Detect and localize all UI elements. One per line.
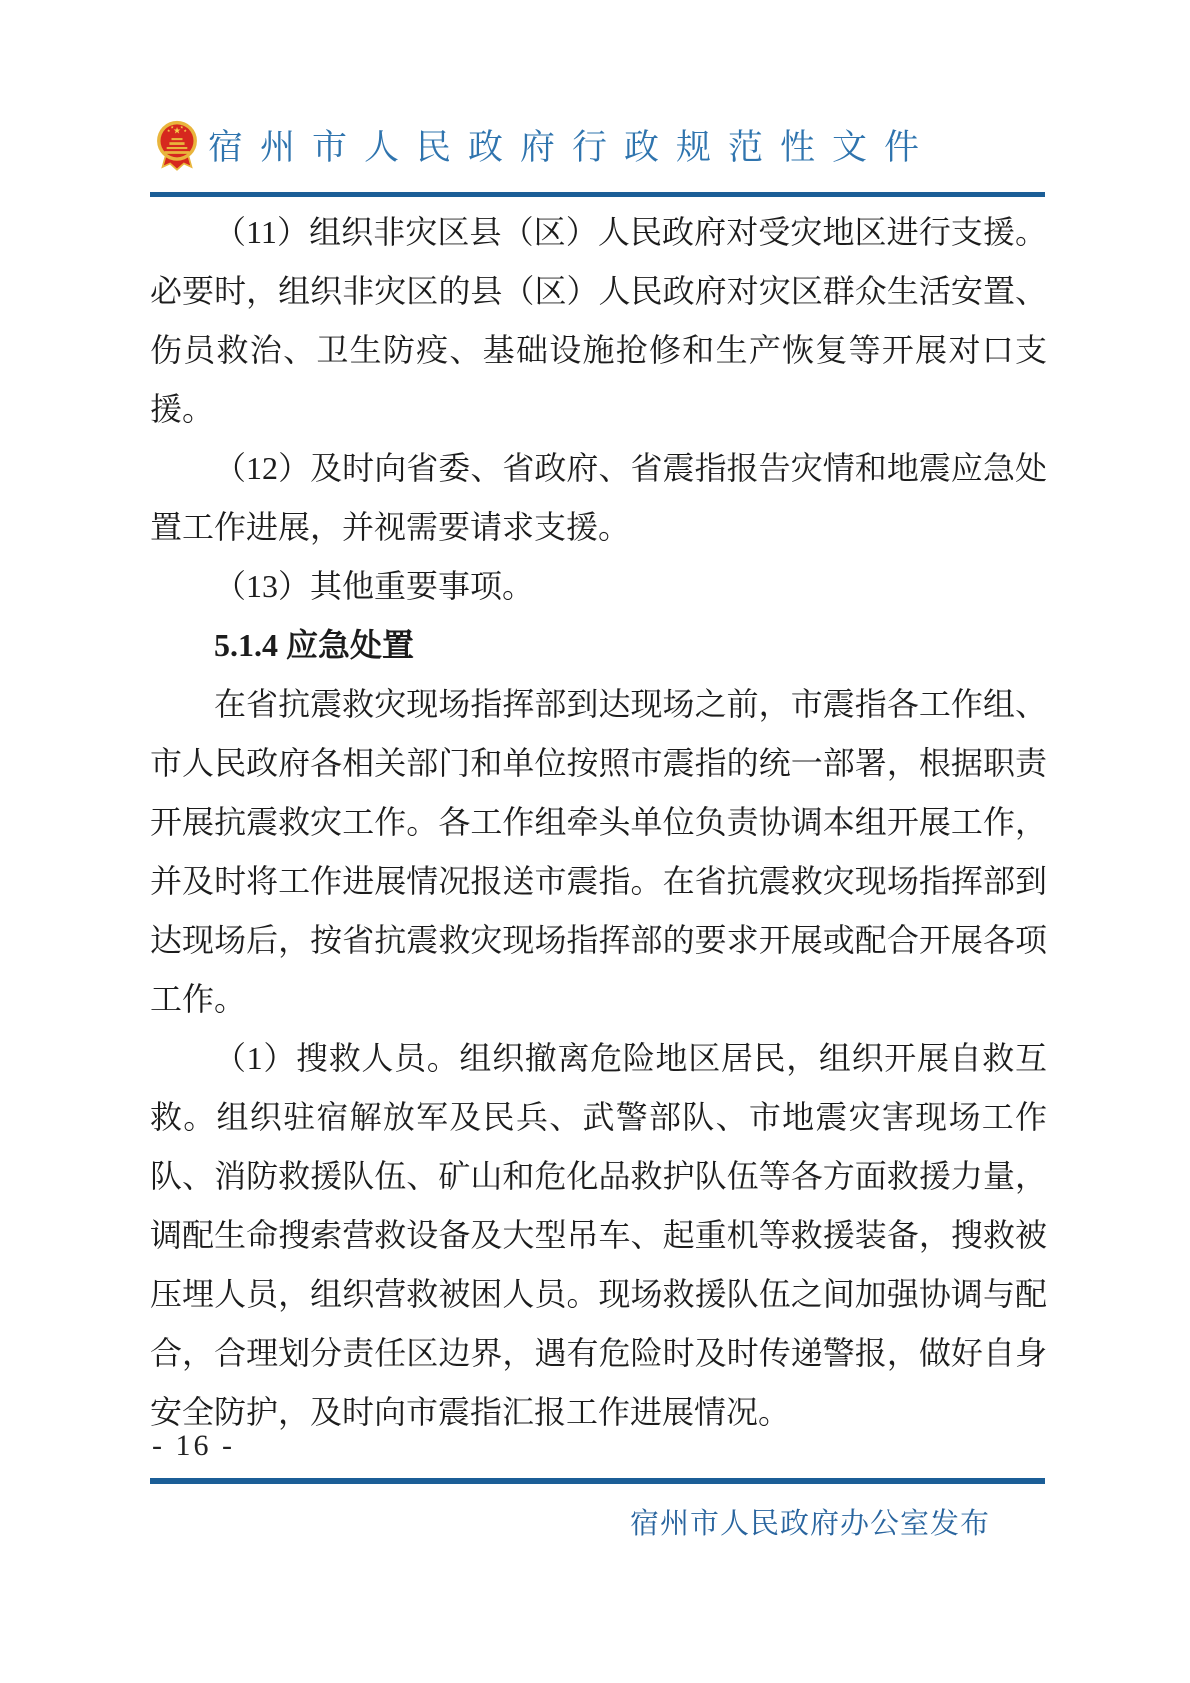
document-header: ★ ★ ★ ★ ★ 宿州市人民政府行政规范性文件 bbox=[155, 114, 936, 180]
page-title: 宿州市人民政府行政规范性文件 bbox=[208, 130, 936, 165]
national-emblem-icon: ★ ★ ★ ★ ★ bbox=[155, 119, 199, 175]
body-paragraph: （11）组织非灾区县（区）人民政府对受灾地区进行支援。必要时，组织非灾区的县（区… bbox=[150, 203, 1047, 439]
page-number: - 16 - bbox=[152, 1428, 235, 1464]
svg-text:★: ★ bbox=[183, 128, 187, 133]
header-divider bbox=[150, 192, 1045, 197]
body-paragraph: （1）搜救人员。组织撤离危险地区居民，组织开展自救互救。组织驻宿解放军及民兵、武… bbox=[150, 1029, 1047, 1442]
body-paragraph: 在省抗震救灾现场指挥部到达现场之前，市震指各工作组、市人民政府各相关部门和单位按… bbox=[150, 675, 1047, 1029]
footer-divider bbox=[150, 1478, 1045, 1484]
svg-text:★: ★ bbox=[170, 124, 174, 129]
section-heading: 5.1.4 应急处置 bbox=[150, 616, 1047, 675]
body-paragraph: （13）其他重要事项。 bbox=[150, 557, 1047, 616]
body-paragraph: （12）及时向省委、省政府、省震指报告灾情和地震应急处置工作进展，并视需要请求支… bbox=[150, 439, 1047, 557]
document-page: ★ ★ ★ ★ ★ 宿州市人民政府行政规范性文件 （11）组织非灾区县（区）人民… bbox=[0, 0, 1190, 1683]
document-body: （11）组织非灾区县（区）人民政府对受灾地区进行支援。必要时，组织非灾区的县（区… bbox=[150, 203, 1047, 1442]
publisher-line: 宿州市人民政府办公室发布 bbox=[630, 1506, 990, 1542]
